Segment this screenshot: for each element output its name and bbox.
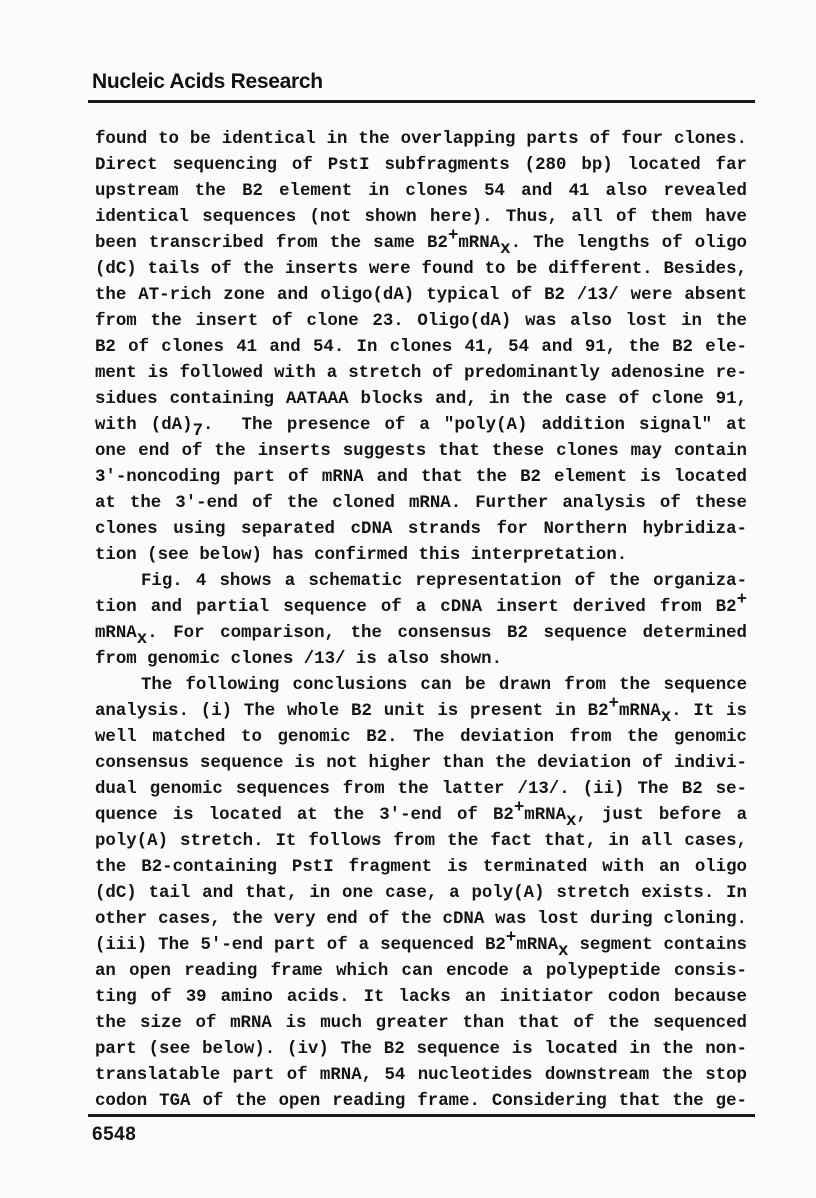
- text-line: part (see below). (iv) The B2 sequence i…: [95, 1037, 747, 1063]
- text-segment: found to be identical in the overlapping…: [95, 130, 747, 149]
- text-segment: at the 3'-end of the cloned mRNA. Furthe…: [95, 494, 747, 513]
- text-segment: other cases, the very end of the cDNA wa…: [95, 910, 747, 929]
- text-segment-sup: +: [506, 929, 516, 948]
- text-line: B2 of clones 41 and 54. In clones 41, 54…: [95, 335, 747, 361]
- text-segment: translatable part of mRNA, 54 nucleotide…: [95, 1066, 747, 1085]
- text-line: well matched to genomic B2. The deviatio…: [95, 725, 747, 751]
- text-segment: tion (see below) has confirmed this inte…: [95, 546, 627, 565]
- text-segment: Direct sequencing of PstI subfragments (…: [95, 156, 747, 175]
- text-segment: upstream the B2 element in clones 54 and…: [95, 182, 747, 201]
- text-segment: ting of 39 amino acids. It lacks an init…: [95, 988, 747, 1007]
- text-line: tion (see below) has confirmed this inte…: [95, 543, 747, 569]
- text-line: an open reading frame which can encode a…: [95, 959, 747, 985]
- journal-name: Nucleic Acids Research: [92, 70, 323, 94]
- text-line: Direct sequencing of PstI subfragments (…: [95, 153, 747, 179]
- text-line: from genomic clones /13/ is also shown.: [95, 647, 747, 673]
- text-segment: analysis. (i) The whole B2 unit is prese…: [95, 702, 609, 721]
- text-segment: (dC) tails of the inserts were found to …: [95, 260, 747, 279]
- text-line: been transcribed from the same B2+mRNAx.…: [95, 231, 747, 257]
- text-segment: from the insert of clone 23. Oligo(dA) w…: [95, 312, 747, 331]
- text-segment-sub: x: [566, 812, 576, 831]
- text-line: ting of 39 amino acids. It lacks an init…: [95, 985, 747, 1011]
- text-segment: with (dA): [95, 416, 193, 435]
- text-line: analysis. (i) The whole B2 unit is prese…: [95, 699, 747, 725]
- text-segment: . The lengths of oligo: [511, 234, 747, 253]
- text-line: upstream the B2 element in clones 54 and…: [95, 179, 747, 205]
- text-segment-sub: x: [661, 708, 671, 727]
- text-line: ment is followed with a stretch of predo…: [95, 361, 747, 387]
- text-line: sidues containing AATAAA blocks and, in …: [95, 387, 747, 413]
- text-segment: Fig. 4 shows a schematic representation …: [141, 572, 747, 591]
- text-segment: sidues containing AATAAA blocks and, in …: [95, 390, 747, 409]
- text-line: with (dA)7. The presence of a "poly(A) a…: [95, 413, 747, 439]
- text-segment-sub: x: [558, 942, 568, 961]
- journal-page: Nucleic Acids Research found to be ident…: [0, 0, 816, 1198]
- text-line: the size of mRNA is much greater than th…: [95, 1011, 747, 1037]
- text-segment: . For comparison, the consensus B2 seque…: [147, 624, 747, 643]
- text-segment: quence is located at the 3'-end of B2: [95, 806, 514, 825]
- text-segment: the AT-rich zone and oligo(dA) typical o…: [95, 286, 747, 305]
- text-segment: dual genomic sequences from the latter /…: [95, 780, 747, 799]
- text-segment: mRNA: [458, 234, 500, 253]
- text-segment: well matched to genomic B2. The deviatio…: [95, 728, 747, 747]
- text-line: dual genomic sequences from the latter /…: [95, 777, 747, 803]
- text-line: codon TGA of the open reading frame. Con…: [95, 1089, 747, 1115]
- text-segment-sup: +: [737, 591, 747, 610]
- text-segment-sup: +: [448, 227, 458, 246]
- text-segment: from genomic clones /13/ is also shown.: [95, 650, 502, 669]
- page-number: 6548: [92, 1124, 136, 1146]
- text-segment: consensus sequence is not higher than th…: [95, 754, 747, 773]
- text-segment: one end of the inserts suggests that the…: [95, 442, 747, 461]
- header-rule: [88, 100, 755, 103]
- text-line: found to be identical in the overlapping…: [95, 127, 747, 153]
- text-segment: part (see below). (iv) The B2 sequence i…: [95, 1040, 747, 1059]
- text-segment: tion and partial sequence of a cDNA inse…: [95, 598, 737, 617]
- text-line: one end of the inserts suggests that the…: [95, 439, 747, 465]
- article-text: found to be identical in the overlapping…: [95, 127, 747, 1115]
- text-line: The following conclusions can be drawn f…: [95, 673, 747, 699]
- text-line: mRNAx. For comparison, the consensus B2 …: [95, 621, 747, 647]
- text-line: the B2-containing PstI fragment is termi…: [95, 855, 747, 881]
- text-line: consensus sequence is not higher than th…: [95, 751, 747, 777]
- text-segment: identical sequences (not shown here). Th…: [95, 208, 747, 227]
- text-line: tion and partial sequence of a cDNA inse…: [95, 595, 747, 621]
- text-segment: mRNA: [516, 936, 558, 955]
- text-line: poly(A) stretch. It follows from the fac…: [95, 829, 747, 855]
- text-segment: the size of mRNA is much greater than th…: [95, 1014, 747, 1033]
- text-segment-sub: x: [500, 240, 510, 259]
- text-segment: codon TGA of the open reading frame. Con…: [95, 1092, 747, 1111]
- text-line: quence is located at the 3'-end of B2+mR…: [95, 803, 747, 829]
- text-segment: 3'-noncoding part of mRNA and that the B…: [95, 468, 747, 487]
- text-line: the AT-rich zone and oligo(dA) typical o…: [95, 283, 747, 309]
- text-segment: been transcribed from the same B2: [95, 234, 448, 253]
- text-segment: mRNA: [95, 624, 137, 643]
- text-segment: ment is followed with a stretch of predo…: [95, 364, 747, 383]
- text-segment: (dC) tail and that, in one case, a poly(…: [95, 884, 747, 903]
- text-line: (dC) tails of the inserts were found to …: [95, 257, 747, 283]
- text-segment: clones using separated cDNA strands for …: [95, 520, 747, 539]
- text-segment: an open reading frame which can encode a…: [95, 962, 747, 981]
- text-line: Fig. 4 shows a schematic representation …: [95, 569, 747, 595]
- text-segment: poly(A) stretch. It follows from the fac…: [95, 832, 747, 851]
- text-line: clones using separated cDNA strands for …: [95, 517, 747, 543]
- text-line: 3'-noncoding part of mRNA and that the B…: [95, 465, 747, 491]
- text-line: identical sequences (not shown here). Th…: [95, 205, 747, 231]
- text-line: (iii) The 5'-end part of a sequenced B2+…: [95, 933, 747, 959]
- text-segment-sup: +: [609, 695, 619, 714]
- text-segment: mRNA: [619, 702, 661, 721]
- text-segment: The following conclusions can be drawn f…: [141, 676, 747, 695]
- text-segment-sub: x: [137, 630, 147, 649]
- text-segment: . It is: [671, 702, 747, 721]
- footer-rule: [88, 1114, 755, 1117]
- text-line: (dC) tail and that, in one case, a poly(…: [95, 881, 747, 907]
- text-segment: . The presence of a "poly(A) addition si…: [203, 416, 747, 435]
- text-segment: segment contains: [568, 936, 747, 955]
- text-segment: B2 of clones 41 and 54. In clones 41, 54…: [95, 338, 747, 357]
- text-line: other cases, the very end of the cDNA wa…: [95, 907, 747, 933]
- text-segment: , just before a: [576, 806, 747, 825]
- text-line: from the insert of clone 23. Oligo(dA) w…: [95, 309, 747, 335]
- text-line: at the 3'-end of the cloned mRNA. Furthe…: [95, 491, 747, 517]
- text-segment-sup: +: [514, 799, 524, 818]
- text-segment-sub: 7: [193, 422, 203, 441]
- text-segment: the B2-containing PstI fragment is termi…: [95, 858, 747, 877]
- text-segment: (iii) The 5'-end part of a sequenced B2: [95, 936, 506, 955]
- text-segment: mRNA: [524, 806, 566, 825]
- text-line: translatable part of mRNA, 54 nucleotide…: [95, 1063, 747, 1089]
